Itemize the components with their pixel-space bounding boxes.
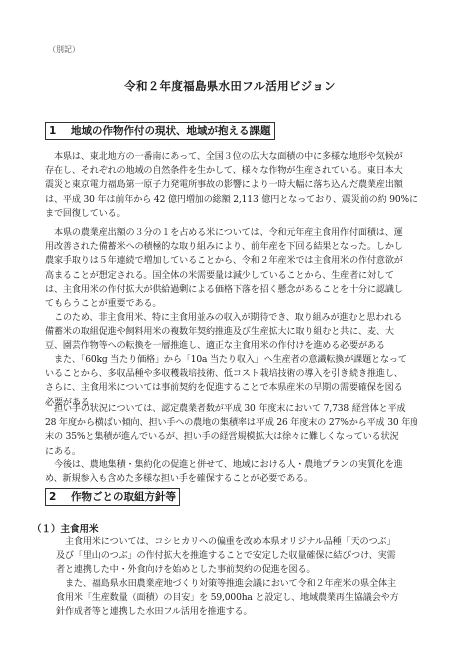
appendix-note: （別記） xyxy=(48,44,80,55)
text-line: また、福島県水田農業産地づくり対策等推進会議において令和２年産米の県全体主 xyxy=(56,577,418,591)
text-line: は、平成 30 年は前年から 42 億円増加の総額 2,113 億円となっており… xyxy=(45,193,417,207)
text-line: 針作成者等と連携した水田フル活用を推進する。 xyxy=(56,605,418,619)
text-line: 主食用米については、コシヒカリへの偏重を改め本県オリジナル品種「天のつぶ」 xyxy=(56,535,418,549)
text-line: め、新規参入も含めた多様な担い手を確保することが必要である。 xyxy=(45,472,417,486)
text-line: 担い手の状況については、認定農業者数が平成 30 年度末において 7,738 経… xyxy=(45,402,417,416)
text-line: 農家手取りは５年連続で増加していることから、令和２年産米では主食用米の作付意欲が xyxy=(45,254,417,268)
section-2-heading: 2作物ごとの取組方針等 xyxy=(45,488,180,506)
text-line: にある。 xyxy=(45,445,417,459)
section-1-title: 地域の作物作付の現状、地域が抱える課題 xyxy=(71,125,271,137)
text-line: 本県は、東北地方の一番南にあって、全国３位の広大な面積の中に多様な地形や気候が xyxy=(45,150,417,164)
subsection-1-paragraph-2: また、福島県水田農業産地づくり対策等推進会議において令和２年産米の県全体主 食用… xyxy=(56,577,418,620)
text-line: 28 年度から横ばい傾向、担い手への農地の集積率は平成 26 年度末の 27%か… xyxy=(45,416,417,430)
text-line: 震災と東京電力福島第一原子力発電所事故の影響により一時大幅に落ち込んだ農業産出額 xyxy=(45,178,417,192)
section-2-title: 作物ごとの取組方針等 xyxy=(71,491,176,503)
text-line: 及び「里山のつぶ」の作付拡大を推進することで安定した収量確保に結びつけ、実需 xyxy=(56,549,418,563)
text-line: まで回復している。 xyxy=(45,207,417,221)
text-line: 高まることが想定される。国全体の米需要量は減少していることから、生産者に対して xyxy=(45,269,417,283)
text-line: いることから、多収品種や多収穫栽培技術、低コスト栽培技術の導入を引き続き推進し、 xyxy=(45,367,417,381)
section-1-heading: 1地域の作物作付の現状、地域が抱える課題 xyxy=(45,122,275,140)
document-title: 令和２年度福島県水田フル活用ビジョン xyxy=(0,78,460,94)
section-1-paragraph-1: 本県は、東北地方の一番南にあって、全国３位の広大な面積の中に多様な地形や気候が … xyxy=(45,150,417,221)
text-line: 末の 35%と集積が進んでいるが、担い手の経営規模拡大は徐々に難しくなっている状… xyxy=(45,430,417,444)
section-1-paragraph-3: このため、非主食用米、特に主食用並みの収入が期待でき、取り組みが進むと思われる … xyxy=(45,311,417,354)
section-1-paragraph-5: 担い手の状況については、認定農業者数が平成 30 年度末において 7,738 経… xyxy=(45,402,417,459)
text-line: 今後は、農地集積・集約化の促進と併せて、地域における人・農地プランの実質化を進 xyxy=(45,458,417,472)
text-line: 存在し、それぞれの地域の自然条件を生かして、様々な作物が生産されている。東日本大 xyxy=(45,164,417,178)
subsection-1-heading: （１）主食用米 xyxy=(32,521,99,535)
section-1-paragraph-2: 本県の農業産出額の３分の１を占める米については、令和元年産主食用作付面積は、運 … xyxy=(45,226,417,311)
text-line: 食用米「生産数量（面積）の目安」を 59,000ha と設定し、地域農業再生協議… xyxy=(56,591,418,605)
text-line: てもらうことが重要である。 xyxy=(45,297,417,311)
text-line: さらに、主食用米については事前契約を促進することで本県産米の早期の需要確保を図る xyxy=(45,381,417,395)
text-line: 者と連携した中・外食向けを始めとした事前契約の促進を図る。 xyxy=(56,563,418,577)
text-line: また、「60kg 当たり価格」から「10a 当たり収入」へ生産者の意識転換が課題… xyxy=(45,353,417,367)
section-1-paragraph-6: 今後は、農地集積・集約化の促進と併せて、地域における人・農地プランの実質化を進 … xyxy=(45,458,417,486)
text-line: 用改善された備蓄米への積極的な取り組みにより、前年産を下回る結果となった。しかし xyxy=(45,240,417,254)
text-line: は、主食用米の作付拡大が供給過剰による価格下落を招く懸念があることを十分に認識し xyxy=(45,283,417,297)
text-line: 豆、園芸作物等への転換を一層推進し、適正な主食用米の作付けを進める必要がある xyxy=(45,339,417,353)
text-line: このため、非主食用米、特に主食用並みの収入が期待でき、取り組みが進むと思われる xyxy=(45,311,417,325)
text-line: 本県の農業産出額の３分の１を占める米については、令和元年産主食用作付面積は、運 xyxy=(45,226,417,240)
section-1-number: 1 xyxy=(49,124,71,138)
text-line: 備蓄米の取組促進や飼料用米の複数年契約推進及び生産拡大に取り組むと共に、麦、大 xyxy=(45,325,417,339)
section-2-number: 2 xyxy=(49,490,71,504)
document-page: （別記） 令和２年度福島県水田フル活用ビジョン 1地域の作物作付の現状、地域が抱… xyxy=(0,0,460,651)
subsection-1-paragraph-1: 主食用米については、コシヒカリへの偏重を改め本県オリジナル品種「天のつぶ」 及び… xyxy=(56,535,418,578)
